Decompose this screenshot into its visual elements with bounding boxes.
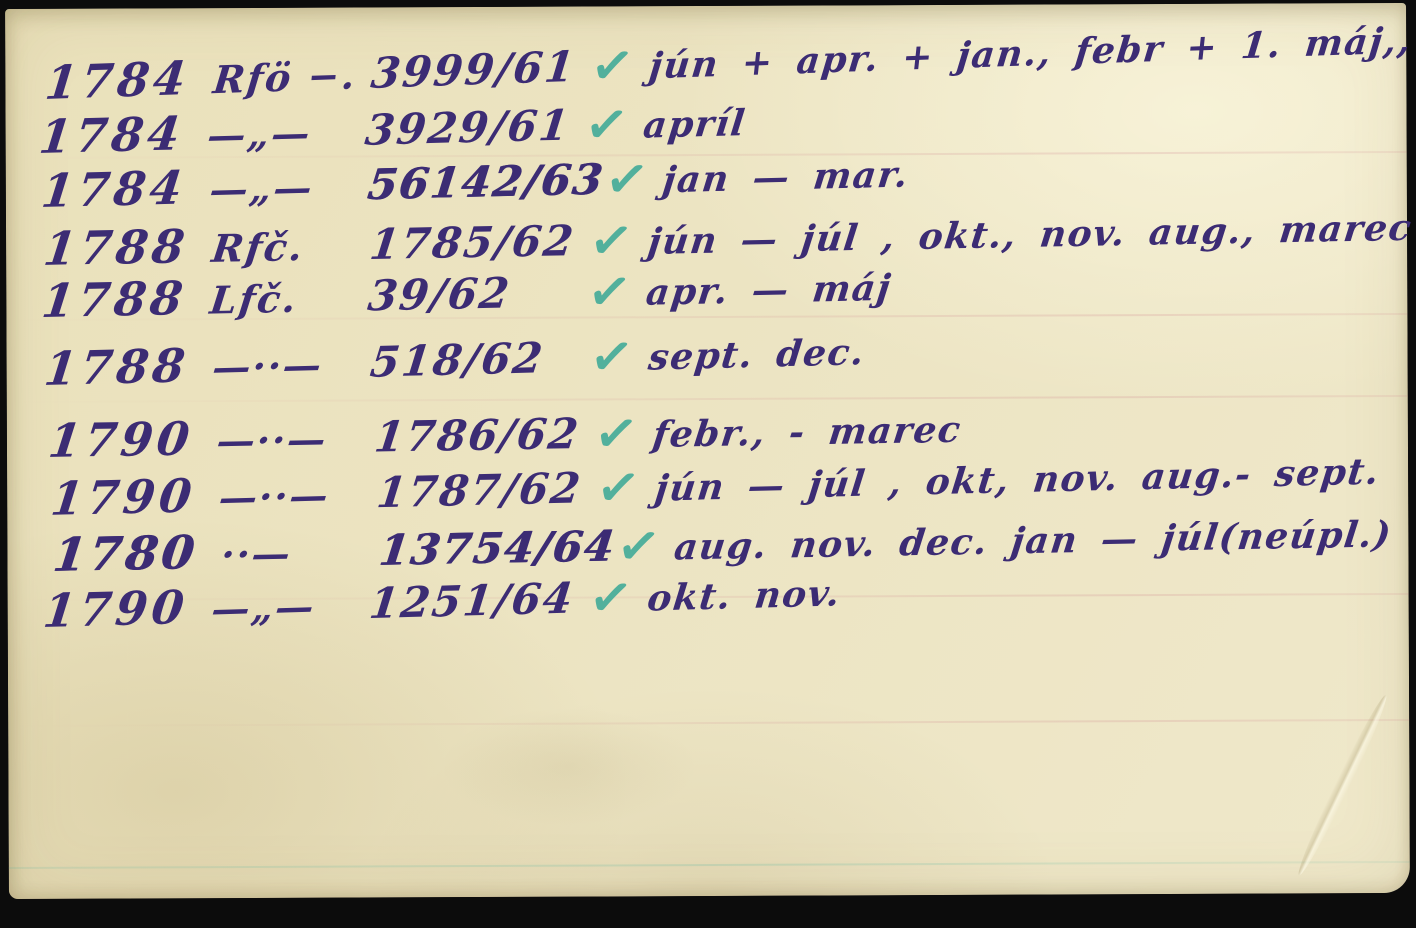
- register-code: —„—: [205, 109, 368, 158]
- checkmark-icon: ✓: [601, 146, 652, 212]
- ledger-row: 1788 —··— 518/62 ✓ sept. dec.: [44, 316, 865, 398]
- reference-number: 1787/62: [374, 463, 598, 517]
- months-note: apr. — máj: [643, 267, 893, 314]
- register-code: —··—: [214, 415, 378, 463]
- year-value: 1780: [50, 525, 225, 582]
- months-note: okt. nov.: [645, 572, 843, 619]
- months-note: sept. dec.: [646, 331, 867, 379]
- reference-number: 39/62: [365, 267, 589, 321]
- register-code: —··—: [217, 471, 380, 520]
- year-value: 1790: [41, 579, 215, 638]
- year-value: 1790: [48, 468, 222, 526]
- reference-number: 56142/63: [365, 155, 607, 210]
- year-value: 1784: [39, 160, 213, 218]
- register-code: Lfč.: [208, 274, 371, 322]
- register-code: Rfö −.: [211, 52, 374, 103]
- months-note: jan — mar.: [661, 153, 912, 201]
- reference-number: 1786/62: [372, 409, 596, 462]
- year-value: 1788: [42, 338, 216, 396]
- reference-number: 3999/61: [369, 41, 592, 98]
- register-code: —„—: [207, 163, 370, 212]
- reference-number: 518/62: [368, 332, 592, 387]
- year-value: 1790: [46, 411, 221, 468]
- months-note: jún + apr. + jan., febr + 1. máj,,: [647, 19, 1414, 87]
- checkmark-icon: ✓: [586, 324, 637, 390]
- reference-number: 1251/64: [367, 573, 590, 628]
- year-value: 1788: [39, 270, 213, 328]
- checkmark-icon: ✓: [584, 259, 636, 325]
- checkmark-icon: ✓: [593, 455, 644, 521]
- scanned-document: { "document": { "kind": "handwritten arc…: [0, 0, 1416, 928]
- checkmark-icon: ✓: [585, 565, 636, 631]
- register-code: —··—: [210, 341, 373, 390]
- months-note: apríl: [641, 102, 748, 147]
- register-code: —„—: [209, 582, 372, 631]
- handwritten-entries: 1784 Rfö −. 3999/61 ✓ jún + apr. + jan.,…: [5, 3, 1410, 899]
- index-card: 1784 Rfö −. 3999/61 ✓ jún + apr. + jan.,…: [5, 3, 1410, 899]
